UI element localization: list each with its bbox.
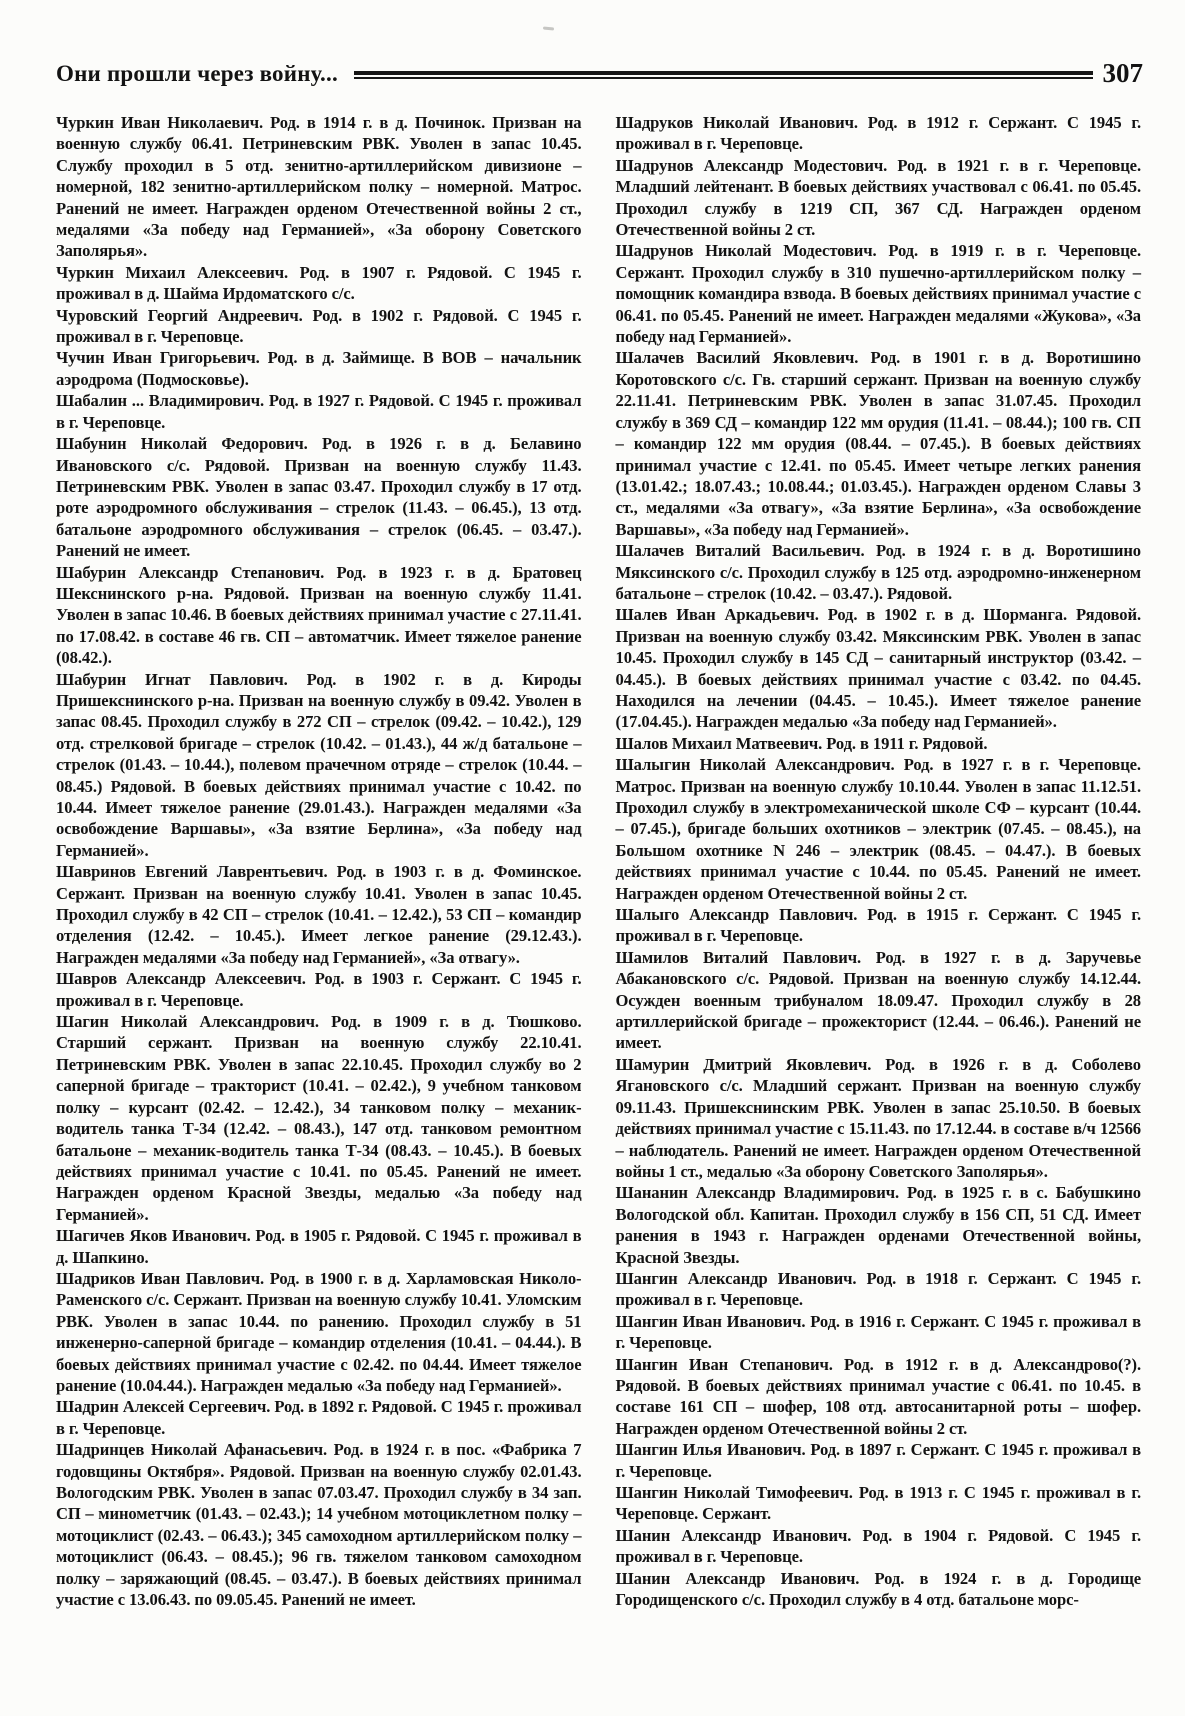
veteran-entry: Шадрин Алексей Сергеевич. Род. в 1892 г.… [56, 1396, 582, 1439]
veteran-entry: Шабалин ... Владимирович. Род. в 1927 г.… [56, 390, 582, 433]
veteran-entry: Шадринцев Николай Афанасьевич. Род. в 19… [56, 1439, 582, 1610]
veteran-entry: Шамилов Виталий Павлович. Род. в 1927 г.… [616, 947, 1142, 1054]
veteran-entry: Шананин Александр Владимирович. Род. в 1… [616, 1182, 1142, 1268]
veteran-entry: Шалачев Василий Яковлевич. Род. в 1901 г… [616, 347, 1142, 540]
book-page: Они прошли через войну... 307 Чуркин Ива… [0, 0, 1185, 1716]
veteran-entry: Шалов Михаил Матвеевич. Род. в 1911 г. Р… [616, 733, 1142, 754]
veteran-entry: Чуровский Георгий Андреевич. Род. в 1902… [56, 305, 582, 348]
left-column: Чуркин Иван Николаевич. Род. в 1914 г. в… [56, 112, 582, 1667]
veteran-entry: Шавринов Евгений Лаврентьевич. Род. в 19… [56, 861, 582, 968]
veteran-entry: Шангин Николай Тимофеевич. Род. в 1913 г… [616, 1482, 1142, 1525]
veteran-entry: Шабурин Игнат Павлович. Род. в 1902 г. в… [56, 669, 582, 862]
veteran-entry: Чучин Иван Григорьевич. Род. в д. Займищ… [56, 347, 582, 390]
veteran-entry: Шалачев Виталий Васильевич. Род. в 1924 … [616, 540, 1142, 604]
veteran-entry: Шагичев Яков Иванович. Род. в 1905 г. Ря… [56, 1225, 582, 1268]
veteran-entry: Шадриков Иван Павлович. Род. в 1900 г. в… [56, 1268, 582, 1396]
page-number: 307 [1103, 60, 1144, 87]
veteran-entry: Чуркин Михаил Алексеевич. Род. в 1907 г.… [56, 262, 582, 305]
veteran-entry: Шалыгин Николай Александрович. Род. в 19… [616, 754, 1142, 904]
page-header: Они прошли через войну... 307 [0, 0, 1185, 87]
running-title: Они прошли через войну... [56, 61, 338, 87]
veteran-entry: Шадруков Николай Иванович. Род. в 1912 г… [616, 112, 1142, 155]
veteran-entry: Чуркин Иван Николаевич. Род. в 1914 г. в… [56, 112, 582, 262]
veteran-entry: Шадрунов Николай Модестович. Род. в 1919… [616, 240, 1142, 347]
veteran-entry: Шангин Илья Иванович. Род. в 1897 г. Сер… [616, 1439, 1142, 1482]
veteran-entry: Шалыго Александр Павлович. Род. в 1915 г… [616, 904, 1142, 947]
veteran-entry: Шагин Николай Александрович. Род. в 1909… [56, 1011, 582, 1225]
veteran-entry: Шамурин Дмитрий Яковлевич. Род. в 1926 г… [616, 1054, 1142, 1182]
header-rule [354, 71, 1093, 79]
veteran-entry: Шангин Иван Иванович. Род. в 1916 г. Сер… [616, 1311, 1142, 1354]
veteran-entry: Шангин Иван Степанович. Род. в 1912 г. в… [616, 1354, 1142, 1440]
veteran-entry: Шанин Александр Иванович. Род. в 1904 г.… [616, 1525, 1142, 1568]
veteran-entry: Шанин Александр Иванович. Род. в 1924 г.… [616, 1568, 1142, 1611]
right-column: Шадруков Николай Иванович. Род. в 1912 г… [616, 112, 1142, 1667]
veteran-entry: Шабунин Николай Федорович. Род. в 1926 г… [56, 433, 582, 561]
veteran-entry: Шалев Иван Аркадьевич. Род. в 1902 г. в … [616, 604, 1142, 732]
veteran-entry: Шадрунов Александр Модестович. Род. в 19… [616, 155, 1142, 241]
veteran-entry: Шангин Александр Иванович. Род. в 1918 г… [616, 1268, 1142, 1311]
veteran-entry: Шабурин Александр Степанович. Род. в 192… [56, 562, 582, 669]
veteran-entry: Шавров Александр Алексеевич. Род. в 1903… [56, 968, 582, 1011]
text-columns: Чуркин Иван Николаевич. Род. в 1914 г. в… [0, 87, 1185, 1667]
